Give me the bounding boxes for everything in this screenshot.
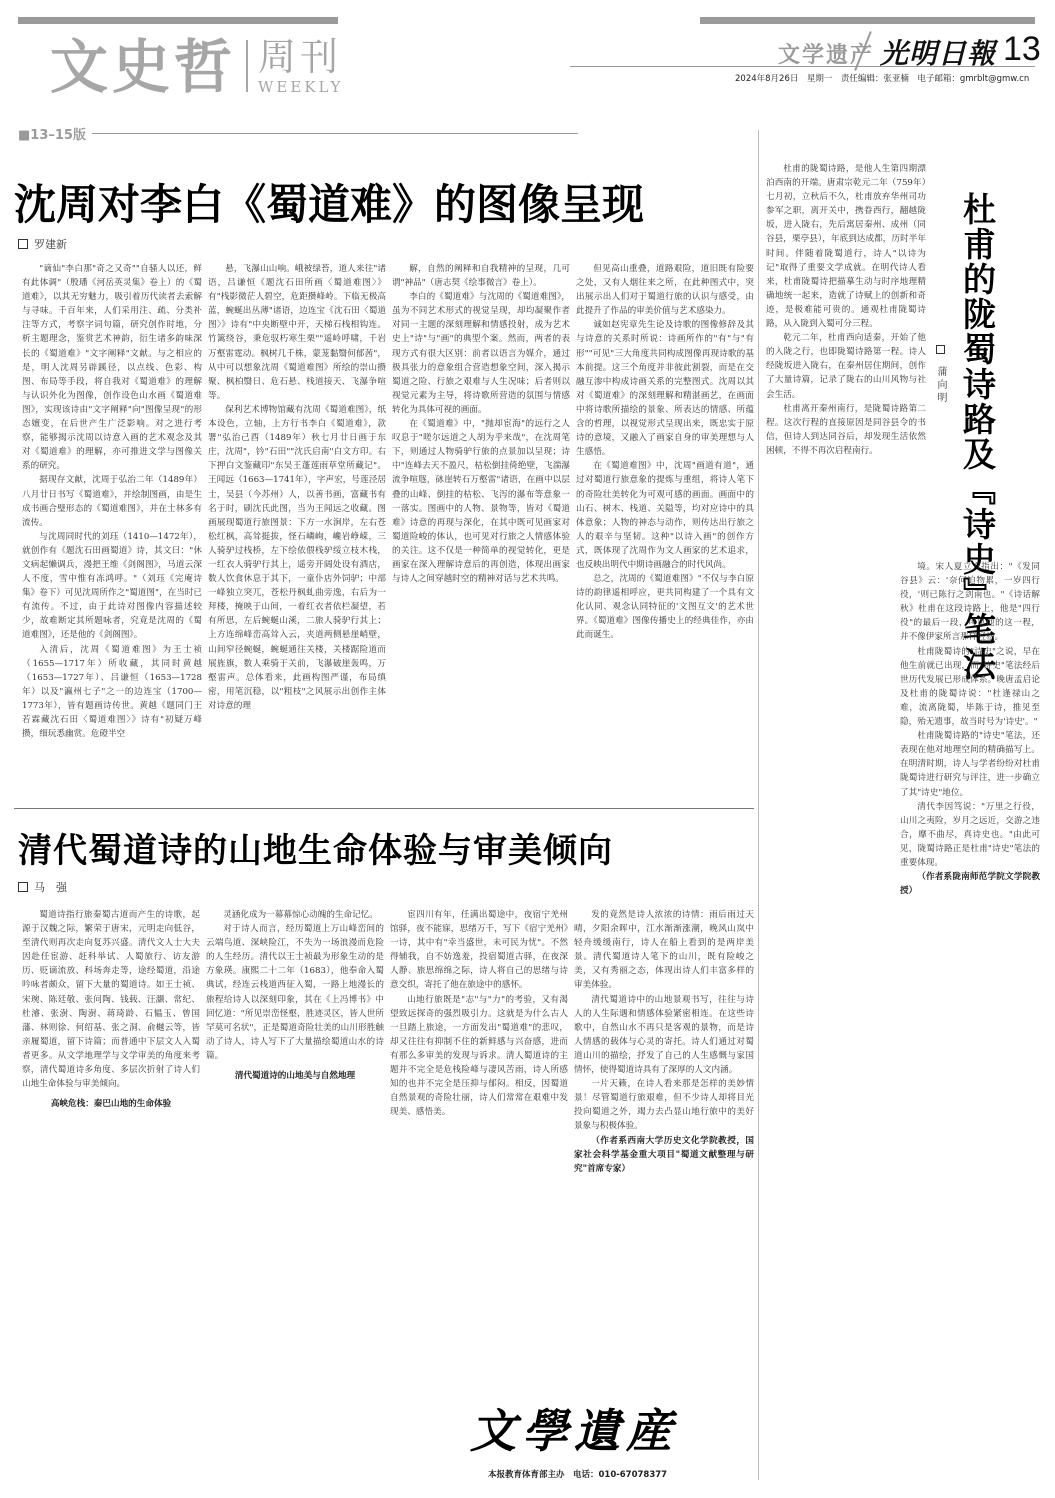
paragraph: 杜甫陇蜀诗的"诗史"之说，早在他生前就已出现，而"诗史"笔法经后世历代发展已形成… <box>900 645 1040 730</box>
paragraph: 诚如赵宪章先生论及诗歌的图像修辞及其与诗意的关系时所说：诗画所作的"有"与"有形… <box>576 318 754 459</box>
masthead-separator <box>246 40 248 92</box>
byline-box-icon <box>18 882 28 892</box>
article2-subhead-1: 高峡危栈：秦巴山地的生命体验 <box>22 1097 200 1111</box>
paragraph: 解，自然的阐释和自我精神的呈现，几可谓"神品"（唐志契《绘事微言》卷上）。 <box>392 262 570 290</box>
article2-subhead-2: 清代蜀道诗的山地美与自然地理 <box>206 1069 384 1083</box>
weekly-label-cn: 周刊 <box>258 38 343 76</box>
article3-byline: 蒲向明 <box>933 345 948 405</box>
header-meta: 2024年8月26日 星期一 责任编辑：张亚楠 电子邮箱：gmrblt@gmw.… <box>735 72 1029 84</box>
article1-title: 沈周对李白《蜀道难》的图像呈现 <box>14 172 644 232</box>
paragraph: 据现存文献，沈周于弘治二年（1489年）八月廿日书写《蜀道难》，并绘制图画，由是… <box>22 473 202 529</box>
paragraph: 悬，飞瀑山山响。峨被绿苔，道人来往"诸语，吕谦恒《题沈石田所画〈蜀道难图〉》有"… <box>208 262 386 403</box>
paragraph: 入清后，沈周《蜀道难图》为王士祯（1655—1717年）所收藏，其同时黄越（16… <box>22 643 202 742</box>
paragraph: 杜甫的陇蜀诗路，是他人生第四期漂泊西南的开端。唐肃宗乾元二年（759年）七月初，… <box>766 162 926 331</box>
article1-byline: 罗建新 <box>18 236 67 252</box>
paragraph: 在《蜀道难图》中，沈周"画道有道"，通过对蜀道行旅意象的提炼与重组，将诗人笔下的… <box>576 459 754 572</box>
article1-column-3: 解，自然的阐释和自我精神的呈现，几可谓"神品"（唐志契《绘事微言》卷上）。 李白… <box>392 262 570 802</box>
article1-column-2: 悬，飞瀑山山响。峨被绿苔，道人来往"诸语，吕谦恒《题沈石田所画〈蜀道难图〉》有"… <box>208 262 386 802</box>
edition-line: ■13–15版 <box>18 124 578 143</box>
edition-label: ■13–15版 <box>18 124 86 143</box>
header-rule <box>570 66 1035 67</box>
paragraph: 灵涵化成为一幕幕惊心动魄的生命记忆。 <box>206 908 384 922</box>
page-number: 13 <box>1003 30 1041 69</box>
masthead: 文史哲 周刊 WEEKLY <box>50 38 343 96</box>
article2-byline: 马 强 <box>18 879 67 895</box>
header-top-rule <box>700 17 1035 24</box>
paragraph: 山地行旅既是"志"与"力"的考验，又有渴望致远探奇的强烈吸引力。这就是为什么古人… <box>390 993 568 1120</box>
article1-column-4: 但见高山重叠，道路艰险，道旧既有险要之处，又有人烟往来之所，在此种图式中，突出展… <box>576 262 754 802</box>
column-divider <box>758 130 759 1480</box>
paragraph: 一片天籁，在诗人看来那是怎样的美妙情景！尽管蜀道行旅艰难，但不少诗人却将目光投向… <box>574 1077 754 1133</box>
byline-box-icon <box>936 345 945 354</box>
paragraph: 境。宋人夏立方指出："《发同谷县》云：'奈何迫物累，一岁四行役，'则已陈行之剑南… <box>900 560 1040 645</box>
masthead-title: 文史哲 <box>50 38 236 96</box>
paragraph: 杜甫离开秦州南行，是陇蜀诗路第二程。这次行程的直接原因是同谷县令的书信，但诗人到… <box>766 402 926 458</box>
article2-column-2: 灵涵化成为一幕幕惊心动魄的生命记忆。 对于诗人而言，经历蜀道上万山峰峦间的云端鸟… <box>206 908 384 1488</box>
paragraph: "谪仙"李白那"奇之又奇""自骚人以还，鲜有此体调"（殷璠《河岳英灵集》卷上）的… <box>22 262 202 473</box>
paragraph: 宦四川有年，任满出蜀途中，夜宿宁羌州馆驿，夜不能寐，思绪万千，写下《宿宁羌州》一… <box>390 908 568 993</box>
paragraph: 清代蜀道诗中的山地景观书写，往往与诗人的人生际遇和情感体验紧密相连。在这些诗歌中… <box>574 993 754 1078</box>
weekly-label-en: WEEKLY <box>258 78 343 96</box>
masthead-weekly: 周刊 WEEKLY <box>258 38 343 96</box>
edition-rule <box>92 133 578 134</box>
article3-author: 蒲向明 <box>935 366 946 405</box>
paragraph: 清代李因笃说："万里之行役，山川之夷险，岁月之远近，交游之违合，靡不曲尽，真诗史… <box>900 800 1040 870</box>
article2-title: 清代蜀道诗的山地生命体验与审美倾向 <box>18 823 613 872</box>
article3-author-note: （作者系陇南师范学院文学院教授） <box>900 870 1040 898</box>
article1-author: 罗建新 <box>34 236 67 252</box>
paragraph: 在《蜀道难》中，"抛却宦海"的远行之人叹息于"嗟尔远道之人胡为乎来哉"，在沈周笔… <box>392 417 570 586</box>
article2-author: 马 强 <box>34 879 67 895</box>
paragraph: 发的竟然是诗人浓浓的诗情：雨后雨过天晴，夕阳余晖中，江水渐渐涨潮，晚风山岚中轻舟… <box>574 908 754 993</box>
masthead-top-rule <box>18 17 338 24</box>
byline-box-icon <box>18 239 28 249</box>
paragraph: 总之，沈周的《蜀道难图》"不仅与李白原诗的韵律遥相呼应，更共同构建了一个具有文化… <box>576 572 754 642</box>
article-divider <box>14 808 754 809</box>
paragraph: 但见高山重叠，道路艰险，道旧既有险要之处，又有人烟往来之所，在此种图式中，突出展… <box>576 262 754 318</box>
paragraph: 李白的《蜀道难》与沈周的《蜀道难图》，虽为不同艺术形式的视觉呈现，却均凝聚作者对… <box>392 290 570 417</box>
sponsor-line: 本报教育体育部主办 电话：010-67078377 <box>488 1468 667 1480</box>
paragraph: 保利艺术博物馆藏有沈周《蜀道难图》，纸本设色，立轴，上方行书李白《蜀道难》，款署… <box>208 403 386 713</box>
article2-column-1: 蜀道诗指行旅秦蜀古道而产生的诗歌，起源于汉魏之际，繁荣于唐宋，元明走向低谷，至清… <box>22 908 200 1488</box>
paragraph: 与沈周同时代的刘珏（1410—1472年），就创作有《题沈石田画蜀道》诗，其文曰… <box>22 530 202 643</box>
paragraph: 乾元二年，杜甫西向适秦，开始了他的入陇之行，也即陇蜀诗路第一程。诗人经陇坂进入陇… <box>766 331 926 401</box>
article2-author-note: （作者系西南大学历史文化学院教授，国家社会科学基金重大项目"蜀道文献整理与研究"… <box>574 1134 754 1176</box>
article2-column-4: 发的竟然是诗人浓浓的诗情：雨后雨过天晴，夕阳余晖中，江水渐渐涨潮，晚风山岚中轻舟… <box>574 908 754 1378</box>
paragraph: 蜀道诗指行旅秦蜀古道而产生的诗歌，起源于汉魏之际，繁荣于唐宋，元明走向低谷，至清… <box>22 908 200 1091</box>
article1-column-1: "谪仙"李白那"奇之又奇""自骚人以还，鲜有此体调"（殷璠《河岳英灵集》卷上）的… <box>22 262 202 802</box>
literary-heritage-logo: 文學遺産 <box>470 1395 678 1461</box>
paragraph: 杜甫陇蜀诗路的"诗史"笔法，还表现在他对地理空间的精确描写上。在明清时期，诗人与… <box>900 729 1040 799</box>
article3-column-2: 境。宋人夏立方指出："《发同谷县》云：'奈何迫物累，一岁四行役，'则已陈行之剑南… <box>900 560 1040 1480</box>
paragraph: 对于诗人而言，经历蜀道上万山峰峦间的云端鸟道、深峡险江，不失为一场浪漫而危险的人… <box>206 922 384 1063</box>
